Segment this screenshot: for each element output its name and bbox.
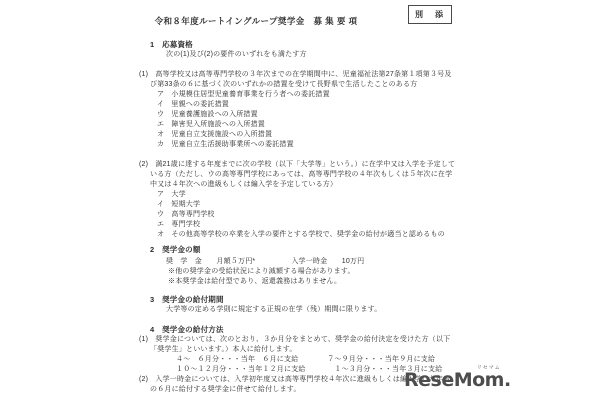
doc-line: 大学等の定める学則に規定する正規の在学（残）期間に限ります。 [166,305,610,315]
resemom-ruby-text: リセマム [477,366,501,371]
doc-line: １０～１２月分・・・当年１２月に支給 １～３月分・・・当年３月に支給 [176,365,610,375]
doc-line: イ 短期大学 [157,200,610,210]
doc-line: いる方（ただし、ウの高等専門学校にあっては、高等専門学校の４年次もしくは５年次に… [150,170,610,180]
doc-line: (1) 奨学金については、次のとおり、３か月分をまとめて、奨学金の給付決定を受け… [139,335,610,345]
doc-line: ４～ ６月分・・・当年 ６月に支給 ７～９月分・・・当年９月に支給 [176,355,610,365]
resemom-brand-text: ReseMom. [404,369,511,391]
doc-line: ※他の奨学金の受給状況により減額する場合があります。 [168,267,610,277]
doc-line: オ その他高等学校の卒業を入学の要件とする学校で、奨学金の給付が適当と認めるもの [157,230,610,240]
doc-line: (2) 入学一時金については、入学初年度又は高等専門学校４年次に進級もしくは編入… [139,375,610,385]
doc-line: の６月に給付する奨学金に併せて給付します。 [150,385,610,395]
doc-line: (2) 満21歳に達する年度までに次の学校（以下「大学等」という。）に在学中又は… [139,160,610,170]
doc-line: 3 奨学金の給付期間 [150,295,610,305]
resemom-watermark: リセマム ReseMom. [404,370,511,390]
doc-line: び第33条の６に基づく次のいずれかの措置を受けて長野県で生活したことのある方 [150,80,610,90]
doc-line: ア 小規模住居型児童養育事業を行う者への委託措置 [157,90,610,100]
doc-line: 中又は４年次への進級もしくは編入学を予定している方） [150,180,610,190]
doc-line: 次の(1)及び(2)の要件のいずれをも満たす方 [166,50,610,60]
doc-line: (1) 高等学校又は高等専門学校の３年次までの在学期間中に、児童福祉法第27条第… [139,70,610,80]
doc-line: カ 児童自立生活援助事業所への委託措置 [157,140,610,150]
doc-line: 1 応募資格 [150,40,610,50]
doc-line: ア 大学 [157,190,610,200]
doc-line: 4 奨学金の給付方法 [150,325,610,335]
doc-line: ※本奨学金は給付型であり、返還義務はありません。 [168,277,610,287]
doc-line: オ 児童自立支援施設への入所措置 [157,130,610,140]
doc-line: 「奨学生」といいます。）本人に給付します。 [150,345,610,355]
document-lines: 1 応募資格次の(1)及び(2)の要件のいずれをも満たす方(1) 高等学校又は高… [0,40,610,395]
doc-line: エ 専門学校 [157,220,610,230]
doc-line: イ 里親への委託措置 [157,100,610,110]
doc-line: ウ 児童養護施設への入所措置 [157,110,610,120]
page-title: 令和８年度ルートイングループ奨学金 募 集 要 項 [0,15,512,27]
doc-line: 奨 学 金 月額５万円* 入学一時金 10万円 [166,257,610,267]
doc-line: 2 奨学金の額 [150,245,610,255]
doc-line: ウ 高等専門学校 [157,210,610,220]
doc-line: エ 障害児入所施設への入所措置 [157,120,610,130]
document-page: 別 添 令和８年度ルートイングループ奨学金 募 集 要 項 1 応募資格次の(1… [0,0,610,400]
